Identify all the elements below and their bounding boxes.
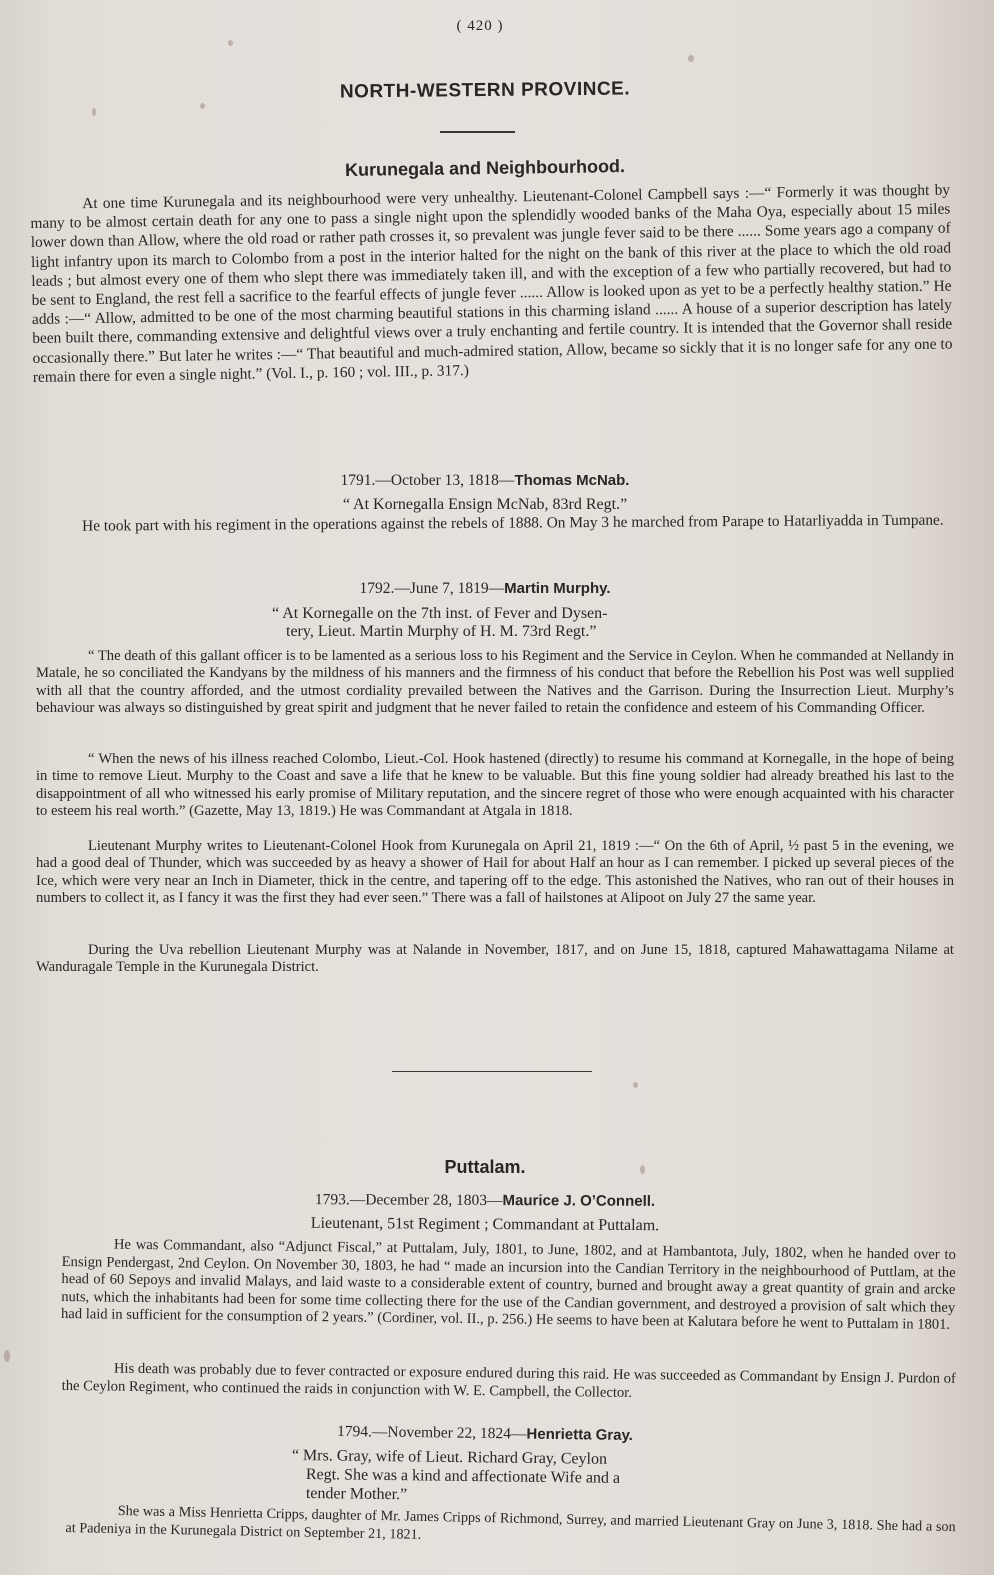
book-page: ( 420 ) NORTH-WESTERN PROVINCE. Kurunega… — [0, 0, 994, 1575]
entry-1793-paragraph-2: His death was probably due to fever cont… — [62, 1360, 956, 1406]
entry-1792-paragraph-2: “ When the news of his illness reached C… — [36, 751, 954, 820]
entry-1792-heading: 1792.—June 7, 1819—Martin Murphy. — [0, 580, 970, 598]
entry-1793-paragraph-1: He was Commandant, also “Adjunct Fiscal,… — [61, 1236, 956, 1334]
foxing-spot — [4, 1350, 10, 1362]
title-divider — [440, 131, 515, 133]
kurunegala-intro: At one time Kurunegala and its neighbour… — [30, 181, 953, 387]
entry-1792-inscription-line1: “ At Kornegalle on the 7th inst. of Feve… — [272, 604, 607, 624]
entry-1793-date: 1793.—December 28, 1803— — [315, 1191, 503, 1209]
entry-1793-subtitle: Lieutenant, 51st Regiment ; Commandant a… — [0, 1213, 970, 1238]
entry-1791-name: Thomas McNab. — [514, 472, 629, 489]
page-number: ( 420 ) — [0, 18, 960, 35]
entry-1794-date: 1794.—November 22, 1824— — [337, 1423, 527, 1443]
entry-1791-paragraph: He took part with his regiment in the op… — [30, 511, 954, 537]
entry-1791-date: 1791.—October 13, 1818— — [341, 472, 515, 489]
section-divider — [392, 1071, 592, 1072]
foxing-spot — [92, 108, 96, 116]
entry-1794-paragraph: She was a Miss Henrietta Cripps, daughte… — [65, 1502, 956, 1554]
kurunegala-heading: Kurunegala and Neighbourhood. — [0, 151, 970, 186]
entry-1794-heading: 1794.—November 22, 1824—Henrietta Gray. — [0, 1418, 970, 1450]
entry-1792-paragraph-3: Lieutenant Murphy writes to Lieutenant-C… — [36, 838, 954, 907]
entry-1793-heading: 1793.—December 28, 1803—Maurice J. O’Con… — [0, 1189, 970, 1212]
entry-1792-date: 1792.—June 7, 1819— — [359, 580, 504, 597]
foxing-spot — [228, 40, 233, 46]
foxing-spot — [633, 1082, 638, 1088]
entry-1793-name: Maurice J. O’Connell. — [503, 1192, 656, 1210]
section-title: NORTH-WESTERN PROVINCE. — [0, 75, 970, 107]
entry-1794-name: Henrietta Gray. — [526, 1426, 633, 1444]
entry-1792-paragraph-4: During the Uva rebellion Lieutenant Murp… — [36, 942, 954, 977]
entry-1794-inscription-line3: tender Mother.” — [306, 1484, 408, 1505]
entry-1791-heading: 1791.—October 13, 1818—Thomas McNab. — [0, 472, 970, 490]
entry-1792-name: Martin Murphy. — [504, 580, 610, 597]
puttalam-heading: Puttalam. — [0, 1157, 970, 1178]
entry-1792-inscription-line2: tery, Lieut. Martin Murphy of H. M. 73rd… — [286, 622, 596, 642]
entry-1792-paragraph-1: “ The death of this gallant officer is t… — [36, 648, 954, 717]
foxing-spot — [688, 55, 694, 62]
